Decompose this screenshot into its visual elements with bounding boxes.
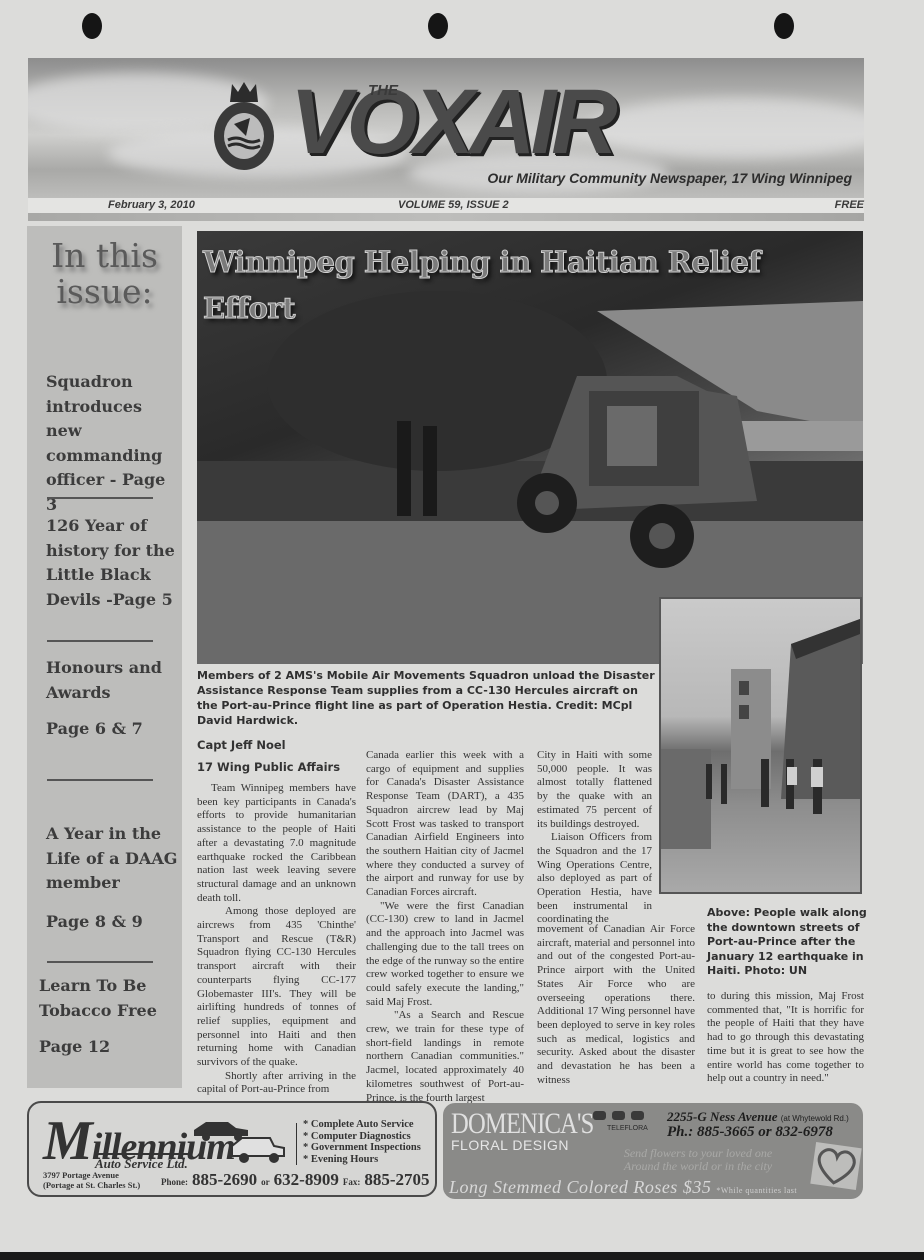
- heart-icon: [810, 1142, 861, 1190]
- divider: [47, 779, 153, 781]
- domenicas-name: DOMENICA'S: [451, 1107, 593, 1141]
- inset-photo-port-au-prince: [659, 597, 862, 894]
- article-column-1: Team Winnipeg members have been key part…: [197, 782, 356, 1097]
- sidebar-title: In this issue:: [27, 238, 182, 310]
- main-photo-caption: Members of 2 AMS's Mobile Air Movements …: [197, 668, 657, 728]
- article-column-4: to during this mission, Maj Frost commen…: [707, 990, 864, 1086]
- article-headline: Winnipeg Helping in Haitian Relief Effor…: [203, 239, 760, 331]
- dateline: February 3, 2010 VOLUME 59, ISSUE 2 FREE: [28, 198, 864, 213]
- newspaper-page: VOXAIR THE Our Military Community Newspa…: [0, 0, 924, 1252]
- payment-card-icons: [593, 1111, 644, 1120]
- cars-icon: [192, 1116, 287, 1164]
- inset-photo-caption: Above: People walk along the downtown st…: [707, 906, 867, 979]
- article-column-2: Canada earlier this week with a cargo of…: [366, 749, 524, 1105]
- teleflora-label: TELEFLORA: [607, 1125, 648, 1132]
- punch-hole: [428, 13, 448, 39]
- card-icon: [593, 1111, 606, 1120]
- sidebar-item-little-black-devils[interactable]: 126 Year of history for the Little Black…: [46, 514, 181, 612]
- masthead-logo-prefix: THE: [368, 82, 398, 99]
- masthead-logo: VOXAIR: [290, 76, 613, 168]
- ad-millennium-auto-service[interactable]: Millennium Auto Service Ltd. * Complete …: [27, 1101, 437, 1197]
- domenicas-address: 2255-G Ness Avenue (at Whytewold Rd.): [667, 1109, 849, 1125]
- ad-domenicas-floral-design[interactable]: DOMENICA'S FLORAL DESIGN TELEFLORA 2255-…: [443, 1103, 863, 1199]
- issue-price: FREE: [835, 199, 864, 211]
- domenicas-slogan: Send flowers to your loved one Around th…: [593, 1147, 803, 1173]
- divider: [47, 961, 153, 963]
- masthead-divider: [28, 213, 864, 221]
- divider: [296, 1123, 297, 1165]
- issue-volume: VOLUME 59, ISSUE 2: [398, 199, 509, 211]
- sidebar-item-squadron[interactable]: Squadron introduces new commanding offic…: [46, 370, 181, 517]
- article-column-3-continued: movement of Canadian Air Force aircraft,…: [537, 923, 695, 1087]
- masthead-tagline: Our Military Community Newspaper, 17 Win…: [487, 170, 852, 186]
- punch-hole: [774, 13, 794, 39]
- sidebar-item-tobacco-free[interactable]: Learn To Be Tobacco Free Page 12: [39, 974, 174, 1060]
- domenicas-subtitle: FLORAL DESIGN: [451, 1137, 569, 1153]
- domenicas-offer: Long Stemmed Colored Roses $35 *While qu…: [449, 1177, 797, 1198]
- street-scene-photo: [661, 599, 860, 892]
- article-author-unit: 17 Wing Public Affairs: [197, 760, 340, 774]
- article-column-3: City in Haiti with some 50,000 people. I…: [537, 749, 652, 927]
- masthead: VOXAIR THE Our Military Community Newspa…: [28, 58, 864, 198]
- in-this-issue-sidebar: In this issue: Squadron introduces new c…: [27, 226, 182, 1088]
- sidebar-item-honours-awards[interactable]: Honours and Awards Page 6 & 7: [46, 656, 181, 742]
- card-icon: [612, 1111, 625, 1120]
- millennium-phone-numbers: Phone: 885-2690 or 632-8909 Fax: 885-270…: [161, 1170, 430, 1190]
- sidebar-item-daag[interactable]: A Year in the Life of a DAAG member Page…: [46, 822, 181, 934]
- millennium-address: 3797 Portage Avenue (Portage at St. Char…: [43, 1170, 140, 1190]
- article-author: Capt Jeff Noel: [197, 738, 286, 752]
- millennium-services-list: * Complete Auto Service * Computer Diagn…: [303, 1119, 421, 1165]
- divider: [47, 497, 153, 499]
- scan-edge: [0, 1252, 924, 1260]
- domenicas-phone: Ph.: 885-3665 or 832-6978: [667, 1124, 833, 1141]
- card-icon: [631, 1111, 644, 1120]
- divider: [47, 640, 153, 642]
- punch-hole: [82, 13, 102, 39]
- squadron-crest-icon: [212, 80, 276, 172]
- issue-date: February 3, 2010: [108, 199, 195, 211]
